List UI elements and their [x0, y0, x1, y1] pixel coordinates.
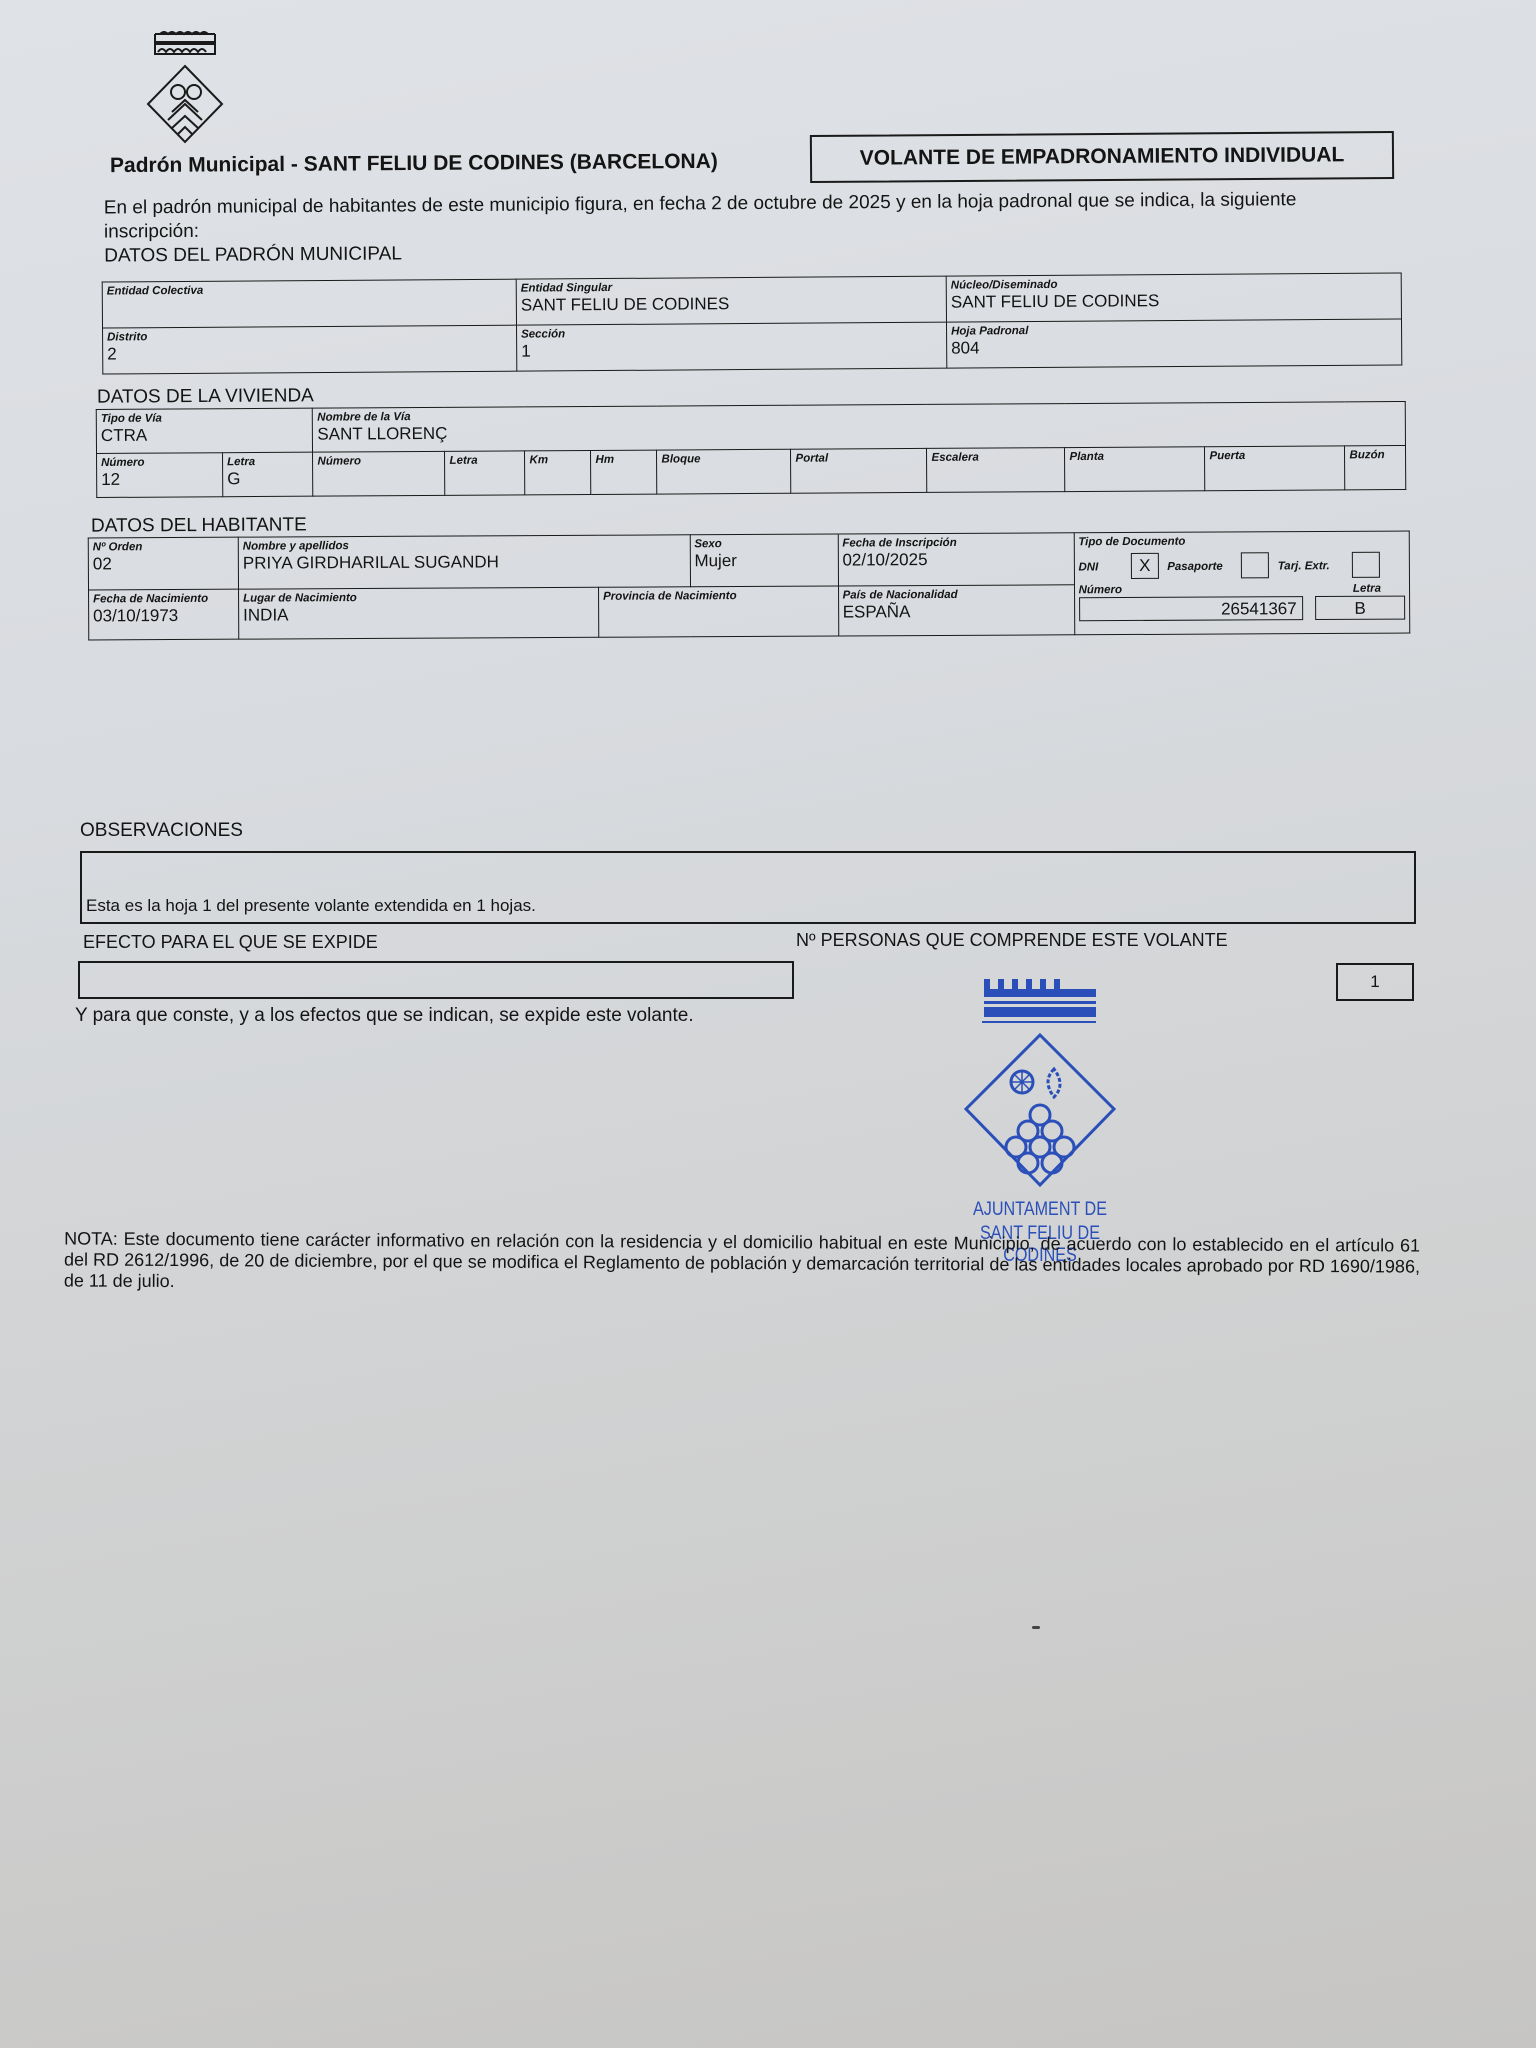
entidad-colectiva-cell: Entidad Colectiva: [102, 279, 516, 328]
field-value: 1: [521, 339, 942, 362]
observaciones-text: Esta es la hoja 1 del presente volante e…: [86, 896, 536, 916]
pais-nacionalidad-cell: País de NacionalidadESPAÑA: [838, 585, 1074, 636]
field-label: País de Nacionalidad: [843, 587, 1070, 602]
numero2-cell: Número: [313, 451, 445, 496]
field-label: Entidad Colectiva: [107, 282, 512, 299]
field-value: 03/10/1973: [93, 606, 234, 627]
pasaporte-label: Pasaporte: [1167, 561, 1223, 573]
document-type-title: VOLANTE DE EMPADRONAMIENTO INDIVIDUAL: [810, 131, 1394, 183]
field-label: Fecha de Inscripción: [842, 535, 1069, 550]
personas-count: 1: [1336, 963, 1414, 1001]
observaciones-label: OBSERVACIONES: [80, 820, 243, 842]
field-label: Letra: [449, 453, 520, 467]
nombre-cell: Nombre y apellidosPRIYA GIRDHARILAL SUGA…: [238, 535, 690, 589]
orden-cell: Nº Orden02: [88, 537, 238, 590]
field-value: ESPAÑA: [843, 601, 1070, 622]
entidad-singular-cell: Entidad SingularSANT FELIU DE CODINES: [516, 276, 946, 325]
letra2-cell: Letra: [445, 451, 525, 495]
seccion-cell: Sección1: [517, 322, 947, 371]
puerta-cell: Puerta: [1205, 446, 1345, 491]
stamp-crest-icon: [940, 975, 1140, 1205]
field-label: Puerta: [1209, 448, 1340, 463]
field-label: Escalera: [931, 450, 1060, 465]
field-value: 02/10/2025: [842, 549, 1069, 570]
portal-cell: Portal: [791, 448, 927, 493]
letra-cell: LetraG: [223, 452, 314, 497]
field-label: Sexo: [694, 537, 833, 552]
field-value: 02: [93, 554, 234, 575]
field-label: Bloque: [661, 452, 786, 467]
field-label: Tipo de Vía: [101, 411, 309, 426]
tipo-via-cell: Tipo de VíaCTRA: [96, 408, 313, 453]
field-label: Portal: [795, 451, 922, 466]
municipality-title: Padrón Municipal - SANT FELIU DE CODINES…: [110, 150, 718, 178]
tarj-extr-label: Tarj. Extr.: [1278, 560, 1330, 572]
tarj-extr-checkbox[interactable]: [1352, 552, 1380, 578]
legal-note: NOTA: Este documento tiene carácter info…: [64, 1228, 1420, 1298]
escalera-cell: Escalera: [927, 448, 1065, 493]
field-value: CTRA: [101, 425, 309, 446]
intro-paragraph: En el padrón municipal de habitantes de …: [104, 187, 1396, 268]
buzon-cell: Buzón: [1345, 446, 1406, 490]
document-letter-field: B: [1315, 596, 1405, 620]
sexo-cell: SexoMujer: [690, 534, 838, 587]
habitante-table: Nº Orden02 Nombre y apellidosPRIYA GIRDH…: [88, 531, 1411, 641]
field-label: Km: [529, 453, 586, 467]
hoja-padronal-cell: Hoja Padronal804: [946, 319, 1401, 368]
hm-cell: Hm: [591, 450, 657, 494]
efecto-label: EFECTO PARA EL QUE SE EXPIDE: [83, 932, 378, 953]
field-value: Mujer: [694, 551, 833, 572]
vivienda-table: Tipo de VíaCTRA Nombre de la VíaSANT LLO…: [96, 401, 1407, 498]
provincia-nacimiento-cell: Provincia de Nacimiento: [599, 586, 839, 637]
nucleo-cell: Núcleo/DiseminadoSANT FELIU DE CODINES: [946, 273, 1401, 322]
lugar-nacimiento-cell: Lugar de NacimientoINDIA: [239, 587, 599, 639]
observaciones-box: Esta es la hoja 1 del presente volante e…: [80, 851, 1416, 924]
paper-speck: [1032, 1626, 1040, 1629]
field-value: SANT FELIU DE CODINES: [951, 289, 1397, 312]
distrito-cell: Distrito2: [103, 325, 517, 374]
field-value: INDIA: [243, 604, 594, 626]
numero-cell: Número12: [97, 453, 223, 498]
document-type-text: VOLANTE DE EMPADRONAMIENTO INDIVIDUAL: [860, 143, 1345, 170]
stamp-line-1: AJUNTAMENT DE: [955, 1199, 1125, 1221]
field-value: 12: [101, 469, 218, 490]
document-number-field: 26541367: [1079, 596, 1303, 621]
section-title-vivienda: DATOS DE LA VIVIENDA: [97, 385, 314, 408]
field-label: Hm: [595, 453, 652, 467]
field-label: Planta: [1069, 449, 1200, 464]
official-stamp: AJUNTAMENT DE SANT FELIU DE CODINES: [940, 975, 1140, 1255]
municipal-crest-icon: [140, 30, 230, 150]
numero-label: Número: [1079, 583, 1123, 597]
personas-label: Nº PERSONAS QUE COMPRENDE ESTE VOLANTE: [796, 930, 1228, 951]
field-value: SANT FELIU DE CODINES: [521, 293, 942, 316]
field-value: 804: [951, 335, 1397, 358]
tipo-documento-cell: Tipo de Documento DNI X Pasaporte Tarj. …: [1074, 531, 1410, 635]
field-value: PRIYA GIRDHARILAL SUGANDH: [243, 551, 686, 573]
pasaporte-checkbox[interactable]: [1241, 552, 1269, 578]
dni-checkbox[interactable]: X: [1131, 553, 1159, 579]
field-label: Buzón: [1349, 448, 1401, 462]
field-label: Número: [101, 455, 218, 470]
efecto-field: [78, 961, 794, 999]
field-label: Tipo de Documento: [1078, 534, 1405, 550]
padron-table: Entidad Colectiva Entidad SingularSANT F…: [102, 272, 1403, 374]
dni-label: DNI: [1078, 561, 1098, 573]
field-value: 2: [107, 342, 512, 365]
field-label: Nº Orden: [93, 540, 234, 555]
field-label: Letra: [227, 455, 309, 469]
bloque-cell: Bloque: [657, 449, 791, 494]
fecha-inscripcion-cell: Fecha de Inscripción02/10/2025: [838, 533, 1074, 586]
section-title-habitante: DATOS DEL HABITANTE: [91, 514, 307, 537]
km-cell: Km: [525, 450, 591, 494]
field-label: Número: [317, 454, 440, 469]
field-label: Provincia de Nacimiento: [603, 589, 834, 604]
field-label: Fecha de Nacimiento: [93, 592, 234, 607]
conste-text: Y para que conste, y a los efectos que s…: [75, 1005, 694, 1027]
planta-cell: Planta: [1065, 447, 1205, 492]
nombre-via-cell: Nombre de la VíaSANT LLORENÇ: [313, 402, 1406, 453]
fecha-nacimiento-cell: Fecha de Nacimiento03/10/1973: [89, 589, 239, 640]
field-value: G: [227, 469, 309, 489]
letra-label: Letra: [1353, 582, 1381, 596]
